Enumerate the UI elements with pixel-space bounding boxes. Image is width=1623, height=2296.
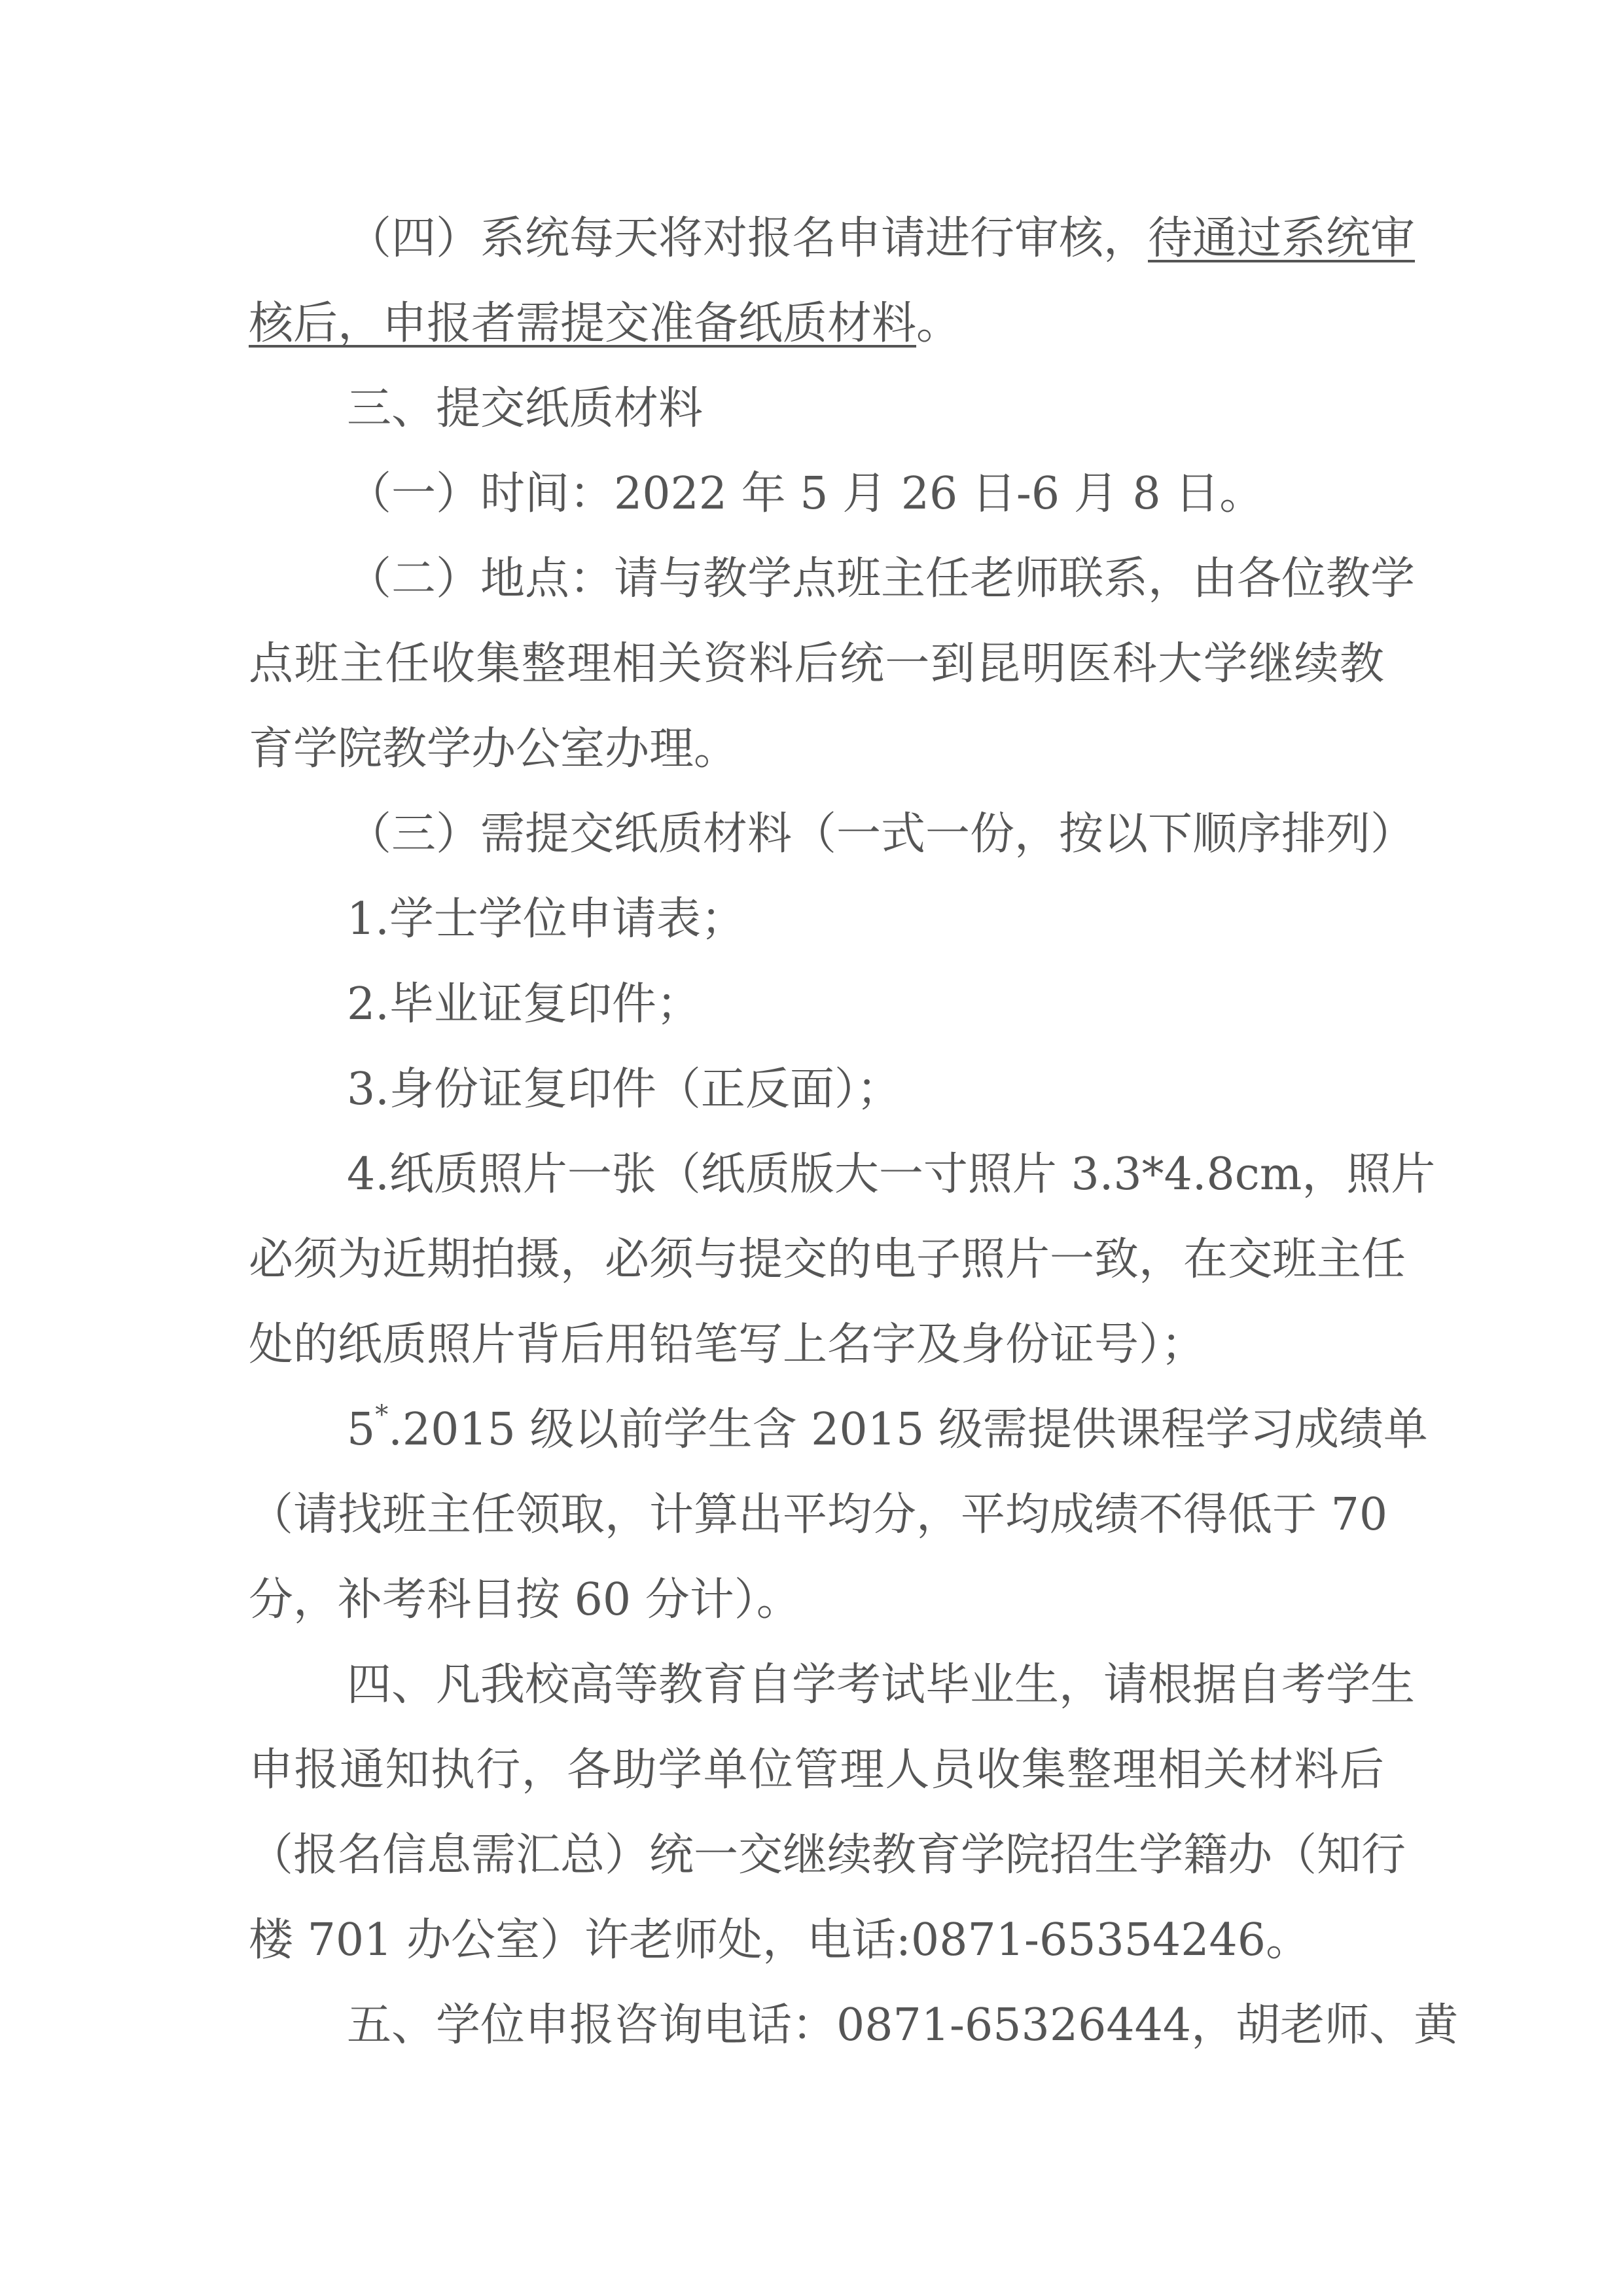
text-segment: 3.身份证复印件（正反面）； — [347, 1064, 901, 1115]
text-line: （请找班主任领取，计算出平均分，平均成绩不得低于 70 — [249, 1473, 1384, 1558]
underlined-text: 核后，申报者需提交准备纸质材料 — [249, 298, 916, 350]
text-line: （三）需提交纸质材料（一式一份，按以下顺序排列） — [249, 792, 1384, 877]
text-segment: 5 — [347, 1404, 375, 1456]
text-line: （四）系统每天将对报名申请进行审核，待通过系统审 — [249, 196, 1384, 281]
text-segment: 分，补考科目按 60 分计）。 — [249, 1574, 801, 1626]
text-line: 核后，申报者需提交准备纸质材料。 — [249, 281, 1384, 367]
text-line: （一）时间：2022 年 5 月 26 日-6 月 8 日。 — [249, 452, 1384, 537]
document-page: （四）系统每天将对报名申请进行审核，待通过系统审核后，申报者需提交准备纸质材料。… — [0, 0, 1623, 2296]
text-line: 1.学士学位申请表； — [249, 877, 1384, 962]
text-segment: （一）时间：2022 年 5 月 26 日-6 月 8 日。 — [347, 468, 1264, 520]
text-line: （二）地点：请与教学点班主任老师联系，由各位教学 — [249, 537, 1384, 622]
text-segment: 四、凡我校高等教育自学考试毕业生，请根据自考学生 — [347, 1659, 1415, 1711]
text-line: 五、学位申报咨询电话：0871-65326444，胡老师、黄 — [249, 1983, 1384, 2068]
text-segment: 处的纸质照片背后用铅笔写上名字及身份证号）； — [249, 1319, 1205, 1371]
text-segment: 申报通知执行，各助学单位管理人员收集整理相关材料后 — [249, 1744, 1384, 1796]
text-segment: （请找班主任领取，计算出平均分，平均成绩不得低于 70 — [249, 1489, 1387, 1541]
text-line: 5*.2015 级以前学生含 2015 级需提供课程学习成绩单 — [249, 1388, 1384, 1473]
text-line: 申报通知执行，各助学单位管理人员收集整理相关材料后 — [249, 1728, 1384, 1813]
text-segment: 2.毕业证复印件； — [347, 978, 701, 1030]
text-segment: 1.学士学位申请表； — [347, 893, 745, 945]
text-segment: 点班主任收集整理相关资料后统一到昆明医科大学继续教 — [249, 638, 1384, 690]
text-segment: （四）系统每天将对报名申请进行审核， — [347, 213, 1148, 264]
text-segment: 育学院教学办公室办理。 — [249, 723, 738, 775]
text-line: 三、提交纸质材料 — [249, 367, 1384, 452]
text-line: 4.纸质照片一张（纸质版大一寸照片 3.3*4.8cm，照片 — [249, 1132, 1384, 1217]
text-line: 2.毕业证复印件； — [249, 962, 1384, 1047]
text-line: 四、凡我校高等教育自学考试毕业生，请根据自考学生 — [249, 1643, 1384, 1728]
text-line: 3.身份证复印件（正反面）； — [249, 1047, 1384, 1132]
text-segment: 必须为近期拍摄，必须与提交的电子照片一致，在交班主任 — [249, 1234, 1406, 1285]
underlined-text: 待通过系统审 — [1148, 213, 1415, 264]
text-segment: （报名信息需汇总）统一交继续教育学院招生学籍办（知行 — [249, 1829, 1406, 1881]
footnote-marker: * — [375, 1400, 388, 1430]
text-line: 分，补考科目按 60 分计）。 — [249, 1558, 1384, 1643]
text-segment: 三、提交纸质材料 — [347, 383, 703, 435]
text-segment: （三）需提交纸质材料（一式一份，按以下顺序排列） — [347, 808, 1415, 860]
text-segment: 4.纸质照片一张（纸质版大一寸照片 3.3*4.8cm，照片 — [347, 1149, 1435, 1200]
text-line: 处的纸质照片背后用铅笔写上名字及身份证号）； — [249, 1302, 1384, 1388]
text-segment: （二）地点：请与教学点班主任老师联系，由各位教学 — [347, 553, 1415, 605]
text-line: （报名信息需汇总）统一交继续教育学院招生学籍办（知行 — [249, 1813, 1384, 1898]
text-line: 楼 701 办公室）许老师处，电话:0871-65354246。 — [249, 1898, 1384, 1983]
text-segment: 五、学位申报咨询电话：0871-65326444，胡老师、黄 — [347, 2000, 1458, 2051]
text-line: 育学院教学办公室办理。 — [249, 707, 1384, 792]
text-line: 必须为近期拍摄，必须与提交的电子照片一致，在交班主任 — [249, 1217, 1384, 1302]
text-segment: .2015 级以前学生含 2015 级需提供课程学习成绩单 — [388, 1404, 1428, 1456]
text-segment: 。 — [916, 298, 961, 350]
text-line: 点班主任收集整理相关资料后统一到昆明医科大学继续教 — [249, 622, 1384, 707]
text-segment: 楼 701 办公室）许老师处，电话:0871-65354246。 — [249, 1914, 1310, 1966]
